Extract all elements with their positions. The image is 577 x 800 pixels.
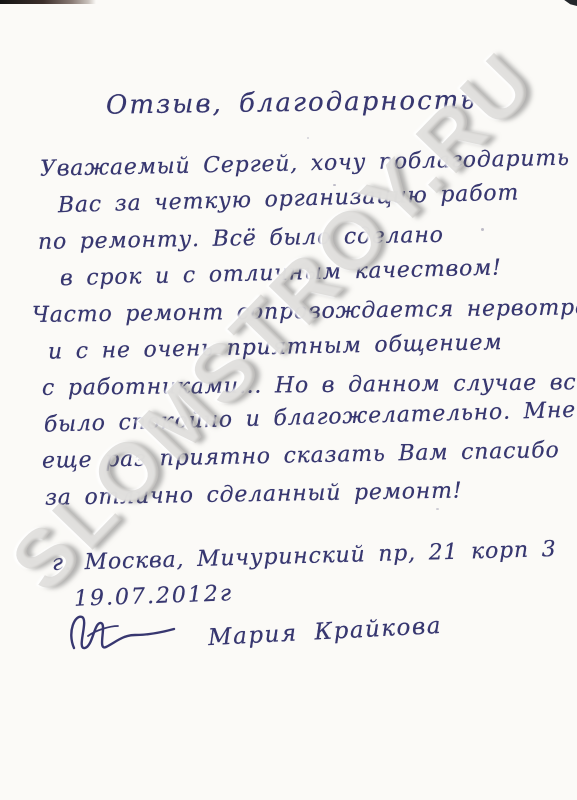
signature-block: Мария Крайкова xyxy=(66,606,442,658)
scan-artifact-top-edge xyxy=(0,0,96,4)
letter-title: Отзыв, благодарность xyxy=(106,85,477,120)
signature-name: Мария Крайкова xyxy=(207,613,442,651)
scanned-letter-page: Отзыв, благодарность Уважаемый Сергей, х… xyxy=(0,0,577,800)
letter-body: Уважаемый Сергей, хочу поблагодарить Вас… xyxy=(30,152,577,517)
signature-scribble xyxy=(66,606,194,658)
letter-address: г. Москва, Мичуринский пр, 21 корп 3 xyxy=(52,537,557,576)
scan-speck xyxy=(307,137,309,139)
scan-artifact-top-right-corner xyxy=(562,0,577,6)
